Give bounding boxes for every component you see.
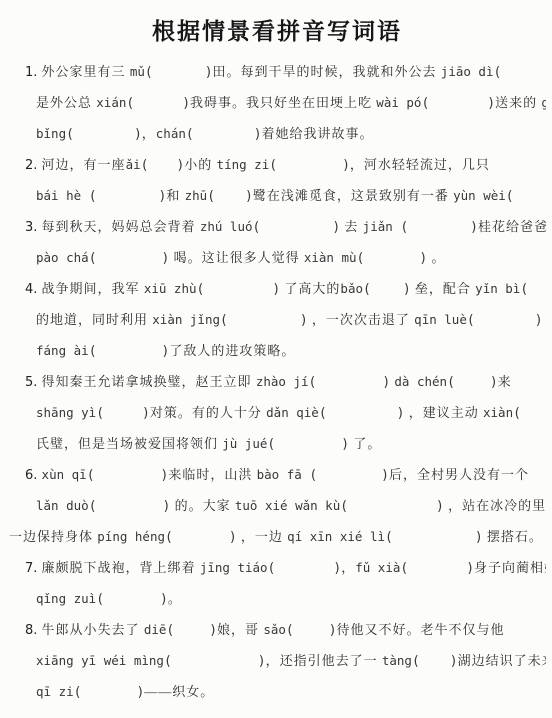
pinyin-text: qīn luè (414, 312, 467, 327)
open-paren: ( (164, 654, 172, 669)
pinyin-text: jù jué (222, 436, 267, 451)
open-paren: ( (197, 282, 205, 297)
blank-space (194, 137, 254, 138)
close-paren: ) (475, 530, 483, 545)
close-paren: ) (134, 127, 142, 142)
blank-space (420, 664, 450, 665)
close-paren: ) (254, 127, 262, 142)
chinese-text: 牛郎从小失去了 (42, 622, 144, 637)
open-paren: ( (220, 313, 228, 328)
answer-blank: () (309, 467, 389, 482)
close-paren: ) (329, 623, 337, 638)
answer-blank: () (96, 405, 150, 420)
chinese-text: 的。大家 (170, 498, 235, 513)
open-paren: ( (447, 375, 455, 390)
close-paren: ) (470, 220, 478, 235)
blank-space (521, 416, 546, 417)
answer-blank: () (145, 64, 213, 79)
chinese-text: ，还指引他去了一 (266, 653, 382, 668)
open-paren: ( (269, 158, 277, 173)
open-paren: ( (467, 313, 475, 328)
answer-blank: () (467, 312, 543, 327)
blank-space (153, 75, 205, 76)
pinyin-text: dǎn qiè (266, 405, 319, 420)
item-number: 4. (25, 282, 42, 297)
chinese-text: 身子向蔺相如 (474, 560, 546, 575)
blank-space (104, 416, 142, 417)
worksheet-page: 根据情景看拼音写词语 1. 外公家里有三 mǔ()田。每到干旱的时候，我就和外公… (0, 0, 552, 718)
answer-blank: () (197, 281, 281, 296)
open-paren: ( (363, 282, 371, 297)
pinyin-text: dà chén (394, 374, 447, 389)
chinese-text: 桂花给爸爸 (478, 219, 546, 234)
chinese-text: 对策。有的人十分 (150, 405, 266, 420)
close-paren: ) (535, 313, 543, 328)
worksheet-line-8-1: 8. 牛郎从小失去了 diē()娘，哥 sǎo()待他又不好。老牛不仅与他 (8, 614, 546, 645)
blank-space (371, 292, 403, 293)
chinese-text: 小的 (184, 157, 216, 172)
item-number: 2. (25, 158, 42, 173)
answer-blank: () (421, 95, 495, 110)
item-number: 8. (25, 623, 42, 638)
chinese-text: 了敌人的进攻策略。 (169, 343, 295, 358)
close-paren: ) (245, 189, 253, 204)
pinyin-text: xián (96, 95, 126, 110)
open-paren: ( (400, 561, 408, 576)
blank-space (364, 261, 419, 262)
open-paren: ( (186, 127, 194, 142)
chinese-text: 娘，哥 (217, 622, 263, 637)
worksheet-line-6-2: lǎn duò() 的。大家 tuō xié wǎn kù() ，站在冰冷的里， (8, 490, 546, 521)
chinese-text: 得知秦王允诺拿城换璧，赵王立即 (42, 374, 256, 389)
page-title: 根据情景看拼音写词语 (8, 16, 546, 46)
answer-blank: () (253, 219, 341, 234)
answer-blank: () (164, 653, 266, 668)
answer-blank: () (166, 622, 217, 637)
answer-blank: () (269, 157, 350, 172)
chinese-text: 摆搭石。 (483, 529, 543, 544)
blank-space (455, 385, 490, 386)
chinese-text: 后，全村男人没有一个 (389, 467, 529, 482)
blank-space (97, 509, 163, 510)
close-paren: ) (258, 654, 266, 669)
pinyin-text: xiàn jǐng (152, 312, 220, 327)
answer-blank: () (340, 498, 444, 513)
chinese-text: ，站在冰冷的里， (444, 498, 546, 513)
answer-blank: () (412, 653, 458, 668)
answer-blank: () (447, 374, 498, 389)
blank-space (172, 664, 258, 665)
close-paren: ) (272, 282, 280, 297)
worksheet-line-8-2: xiāng yī wéi mìng()，还指引他去了一 tàng()湖边结识了未… (8, 645, 546, 676)
open-paren: ( (126, 96, 134, 111)
chinese-text: ，河水轻轻流过，几只 (350, 157, 490, 172)
blank-space (429, 106, 487, 107)
worksheet-line-4-1: 4. 战争期间，我军 xiū zhù() 了高大的bǎo() 垒，配合 yǐn … (8, 273, 546, 304)
close-paren: ) (182, 96, 190, 111)
blank-space (393, 540, 475, 541)
chinese-text: 。 (427, 250, 445, 265)
worksheet-line-5-3: 氏璧，但是当场被爱国将领们 jù jué() 了。 (8, 428, 546, 459)
close-paren: ) (436, 499, 444, 514)
chinese-text: 了。 (349, 436, 381, 451)
answer-blank: () (400, 560, 474, 575)
open-paren: ( (253, 220, 261, 235)
worksheet-line-1-1: 1. 外公家里有三 mǔ()田。每到干旱的时候，我就和外公去 jiāo dì()… (8, 56, 546, 87)
chinese-text: 去 (340, 219, 363, 234)
blank-space (173, 540, 229, 541)
open-paren: ( (145, 65, 153, 80)
pinyin-text: bái hè (36, 188, 89, 203)
chinese-text: ，建议主动 (404, 405, 483, 420)
chinese-text: 者， (543, 312, 546, 327)
pinyin-text: jiǎn (363, 219, 401, 234)
worksheet-line-5-2: shāng yì()对策。有的人十分 dǎn qiè() ，建议主动 xiàn(… (8, 397, 546, 428)
open-paren: ( (141, 158, 149, 173)
blank-space (204, 292, 272, 293)
worksheet-line-7-2: qǐng zuì()。 (8, 583, 546, 614)
blank-space (275, 447, 341, 448)
blank-space (228, 323, 300, 324)
blank-space (74, 137, 134, 138)
open-paren: ( (506, 189, 514, 204)
blank-space (215, 199, 245, 200)
answer-blank: () (319, 405, 405, 420)
blank-space (275, 571, 333, 572)
pinyin-text: bǐng (36, 126, 66, 141)
close-paren: ) (205, 65, 213, 80)
pinyin-text: yǐn bì (475, 281, 520, 296)
pinyin-text: tàng (382, 653, 412, 668)
pinyin-text: tíng zi (217, 157, 270, 172)
pinyin-text: qí xīn xié lì (287, 529, 385, 544)
pinyin-text: fǔ xià (355, 560, 400, 575)
chinese-text: 待他又不好。老牛不仅与他 (337, 622, 505, 637)
pinyin-text: shāng yì (36, 405, 96, 420)
worksheet-line-2-1: 2. 河边，有一座ǎi()小的 tíng zi()，河水轻轻流过，几只 (8, 149, 546, 180)
worksheet-line-5-1: 5. 得知秦王允诺拿城换璧，赵王立即 zhào jí() dà chén()来 (8, 366, 546, 397)
answer-blank: () (513, 405, 546, 420)
close-paren: ) (160, 592, 168, 607)
blank-space (317, 478, 381, 479)
open-paren: ( (89, 499, 97, 514)
chinese-text: 我碍事。我只好坐在田埂上吃 (190, 95, 376, 110)
open-paren: ( (513, 406, 521, 421)
close-paren: ) (342, 158, 350, 173)
chinese-text: ，一边 (237, 529, 288, 544)
close-paren: ) (466, 561, 474, 576)
open-paren: ( (87, 468, 95, 483)
open-paren: ( (165, 530, 173, 545)
pinyin-text: zhú luó (200, 219, 253, 234)
answer-blank: () (126, 95, 190, 110)
close-paren: ) (332, 220, 340, 235)
worksheet-line-3-2: pào chá() 喝。这让很多人觉得 xiàn mù() 。 (8, 242, 546, 273)
chinese-text: 的地道，同时利用 (36, 312, 152, 327)
pinyin-text: mǔ (130, 64, 145, 79)
chinese-text: 氏璧，但是当场被爱国将领们 (36, 436, 222, 451)
answer-blank: () (207, 188, 253, 203)
item-number: 7. (25, 561, 42, 576)
chinese-text: 一边保持身体 (9, 529, 97, 544)
answer-blank: () (74, 684, 145, 699)
pinyin-text: tuō xié wǎn kù (235, 498, 340, 513)
open-paren: ( (286, 623, 294, 638)
pinyin-text: sǎo (263, 622, 286, 637)
pinyin-text: chán (156, 126, 186, 141)
blank-space (95, 478, 161, 479)
answer-blank: () (400, 219, 478, 234)
pinyin-text: lǎn duò (36, 498, 89, 513)
chinese-text: 。 (168, 591, 182, 606)
pinyin-text: xiū zhù (144, 281, 197, 296)
blank-space (260, 230, 332, 231)
close-paren: ) (403, 282, 411, 297)
close-paren: ) (142, 406, 150, 421)
worksheet-line-4-2: 的地道，同时利用 xiàn jǐng() ，一次次击退了 qīn luè() 者… (8, 304, 546, 335)
open-paren: ( (357, 251, 365, 266)
chinese-text: 战争期间，我军 (42, 281, 144, 296)
chinese-text: 田。每到干旱的时候，我就和外公去 (213, 64, 441, 79)
open-paren: ( (340, 499, 348, 514)
close-paren: ) (341, 437, 349, 452)
chinese-text: ， (341, 560, 355, 575)
open-paren: ( (66, 127, 74, 142)
answer-blank: () (357, 250, 428, 265)
close-paren: ) (300, 313, 308, 328)
open-paren: ( (89, 189, 97, 204)
worksheet-line-1-2: 是外公总 xián()我碍事。我只好坐在田埂上吃 wài pó()送来的 gāo (8, 87, 546, 118)
pinyin-text: xùn qī (42, 467, 87, 482)
answer-blank: () (186, 126, 262, 141)
blank-space (81, 695, 136, 696)
blank-space (148, 168, 176, 169)
pinyin-text: zhào jí (256, 374, 309, 389)
close-paren: ) (229, 530, 237, 545)
chinese-text: 外公家里有三 (42, 64, 130, 79)
chinese-text: 送来的 (495, 95, 541, 110)
answer-blank: () (506, 188, 546, 203)
answer-blank: () (520, 281, 546, 296)
answer-blank: () (385, 529, 483, 544)
blank-space (327, 416, 397, 417)
open-paren: ( (309, 468, 317, 483)
pinyin-text: jiāo dì (441, 64, 494, 79)
blank-space (134, 106, 182, 107)
blank-space (316, 385, 382, 386)
blank-space (294, 633, 329, 634)
blank-space (501, 75, 546, 76)
answer-blank: () (89, 498, 171, 513)
answer-blank: () (267, 436, 349, 451)
pinyin-text: xiàn (483, 405, 513, 420)
close-paren: ) (381, 468, 389, 483)
pinyin-text: bào fā (257, 467, 310, 482)
chinese-text: 是外公总 (36, 95, 96, 110)
answer-blank: () (363, 281, 411, 296)
answer-blank: () (286, 622, 337, 637)
blank-space (528, 292, 546, 293)
answer-blank: () (66, 126, 142, 141)
blank-space (475, 323, 535, 324)
item-number: 6. (25, 468, 42, 483)
pinyin-text: yùn wèi (453, 188, 506, 203)
open-paren: ( (520, 282, 528, 297)
pinyin-text: fáng ài (36, 343, 89, 358)
close-paren: ) (487, 96, 495, 111)
item-number: 1. (25, 65, 42, 80)
worksheet-line-8-3: qī zi()——织女。 (8, 676, 546, 707)
blank-space (97, 354, 162, 355)
open-paren: ( (96, 406, 104, 421)
item-number: 3. (25, 220, 42, 235)
open-paren: ( (412, 654, 420, 669)
pinyin-text: zhū (185, 188, 208, 203)
open-paren: ( (207, 189, 215, 204)
open-paren: ( (400, 220, 408, 235)
open-paren: ( (309, 375, 317, 390)
pinyin-text: pào chá (36, 250, 89, 265)
open-paren: ( (385, 530, 393, 545)
chinese-text: 了高大的 (280, 281, 340, 296)
pinyin-text: xiāng yī wéi mìng (36, 653, 164, 668)
blank-space (174, 633, 209, 634)
pinyin-text: xiàn mù (304, 250, 357, 265)
answer-blank: () (96, 591, 168, 606)
worksheet-line-7-1: 7. 廉颇脱下战袍，背上绑着 jīng tiáo()，fǔ xià()身子向蔺相… (8, 552, 546, 583)
pinyin-text: bǎo (340, 281, 363, 296)
close-paren: ) (209, 623, 217, 638)
open-paren: ( (96, 592, 104, 607)
pinyin-text: wài pó (376, 95, 421, 110)
pinyin-text: jīng tiáo (200, 560, 268, 575)
close-paren: ) (450, 654, 458, 669)
chinese-text: 每到秋天，妈妈总会背着 (42, 219, 200, 234)
item-number: 5. (25, 375, 42, 390)
chinese-text: 垒，配合 (411, 281, 476, 296)
pinyin-text: diē (144, 622, 167, 637)
chinese-text: 鹭在浅滩觅食，这景致别有一番 (253, 188, 453, 203)
blank-space (97, 261, 162, 262)
pinyin-text: qǐng zuì (36, 591, 96, 606)
worksheet-line-6-3: 一边保持身体 píng héng() ，一边 qí xīn xié lì() 摆… (8, 521, 546, 552)
open-paren: ( (319, 406, 327, 421)
blank-space (348, 509, 436, 510)
answer-blank: () (89, 343, 170, 358)
chinese-text: 河边，有一座 (42, 157, 126, 172)
chinese-text: 和 (166, 188, 184, 203)
blank-space (408, 571, 466, 572)
open-paren: ( (421, 96, 429, 111)
open-paren: ( (166, 623, 174, 638)
pinyin-text: gāo (541, 95, 546, 110)
open-paren: ( (89, 251, 97, 266)
chinese-text: ， (142, 126, 156, 141)
worksheet-line-1-3: bǐng()，chán()着她给我讲故事。 (8, 118, 546, 149)
worksheet-line-2-2: bái hè ()和 zhū()鹭在浅滩觅食，这景致别有一番 yùn wèi()… (8, 180, 546, 211)
open-paren: ( (268, 561, 276, 576)
worksheet-line-6-1: 6. xùn qī()来临时，山洪 bào fā ()后，全村男人没有一个 (8, 459, 546, 490)
chinese-text: 来临时，山洪 (168, 467, 256, 482)
blank-space (408, 230, 470, 231)
open-paren: ( (89, 344, 97, 359)
chinese-text: 着她给我讲故事。 (262, 126, 374, 141)
chinese-text: 湖边结识了未来的 (458, 653, 546, 668)
pinyin-text: ǎi (126, 157, 141, 172)
worksheet-line-4-3: fáng ài()了敌人的进攻策略。 (8, 335, 546, 366)
worksheet-line-3-1: 3. 每到秋天，妈妈总会背着 zhú luó() 去 jiǎn ()桂花给爸爸 (8, 211, 546, 242)
open-paren: ( (267, 437, 275, 452)
open-paren: ( (493, 65, 501, 80)
answer-blank: () (220, 312, 308, 327)
answer-blank: () (87, 467, 169, 482)
blank-space (97, 199, 159, 200)
answer-blank: () (309, 374, 391, 389)
answer-blank: () (89, 188, 167, 203)
close-paren: ) (490, 375, 498, 390)
chinese-text: ——织女。 (144, 684, 214, 699)
chinese-text: 喝。这让很多人觉得 (169, 250, 304, 265)
blank-space (277, 168, 342, 169)
blank-space (104, 602, 160, 603)
answer-blank: () (268, 560, 342, 575)
answer-blank: () (89, 250, 170, 265)
answer-blank: () (493, 64, 546, 79)
open-paren: ( (74, 685, 82, 700)
blank-space (514, 199, 546, 200)
answer-blank: () (165, 529, 237, 544)
chinese-text: ，一次次击退了 (308, 312, 415, 327)
pinyin-text: qī zi (36, 684, 74, 699)
pinyin-text: píng héng (97, 529, 165, 544)
answer-blank: () (141, 157, 185, 172)
close-paren: ) (382, 375, 390, 390)
chinese-text: 来 (498, 374, 512, 389)
chinese-text: 廉颇脱下战袍，背上绑着 (42, 560, 200, 575)
